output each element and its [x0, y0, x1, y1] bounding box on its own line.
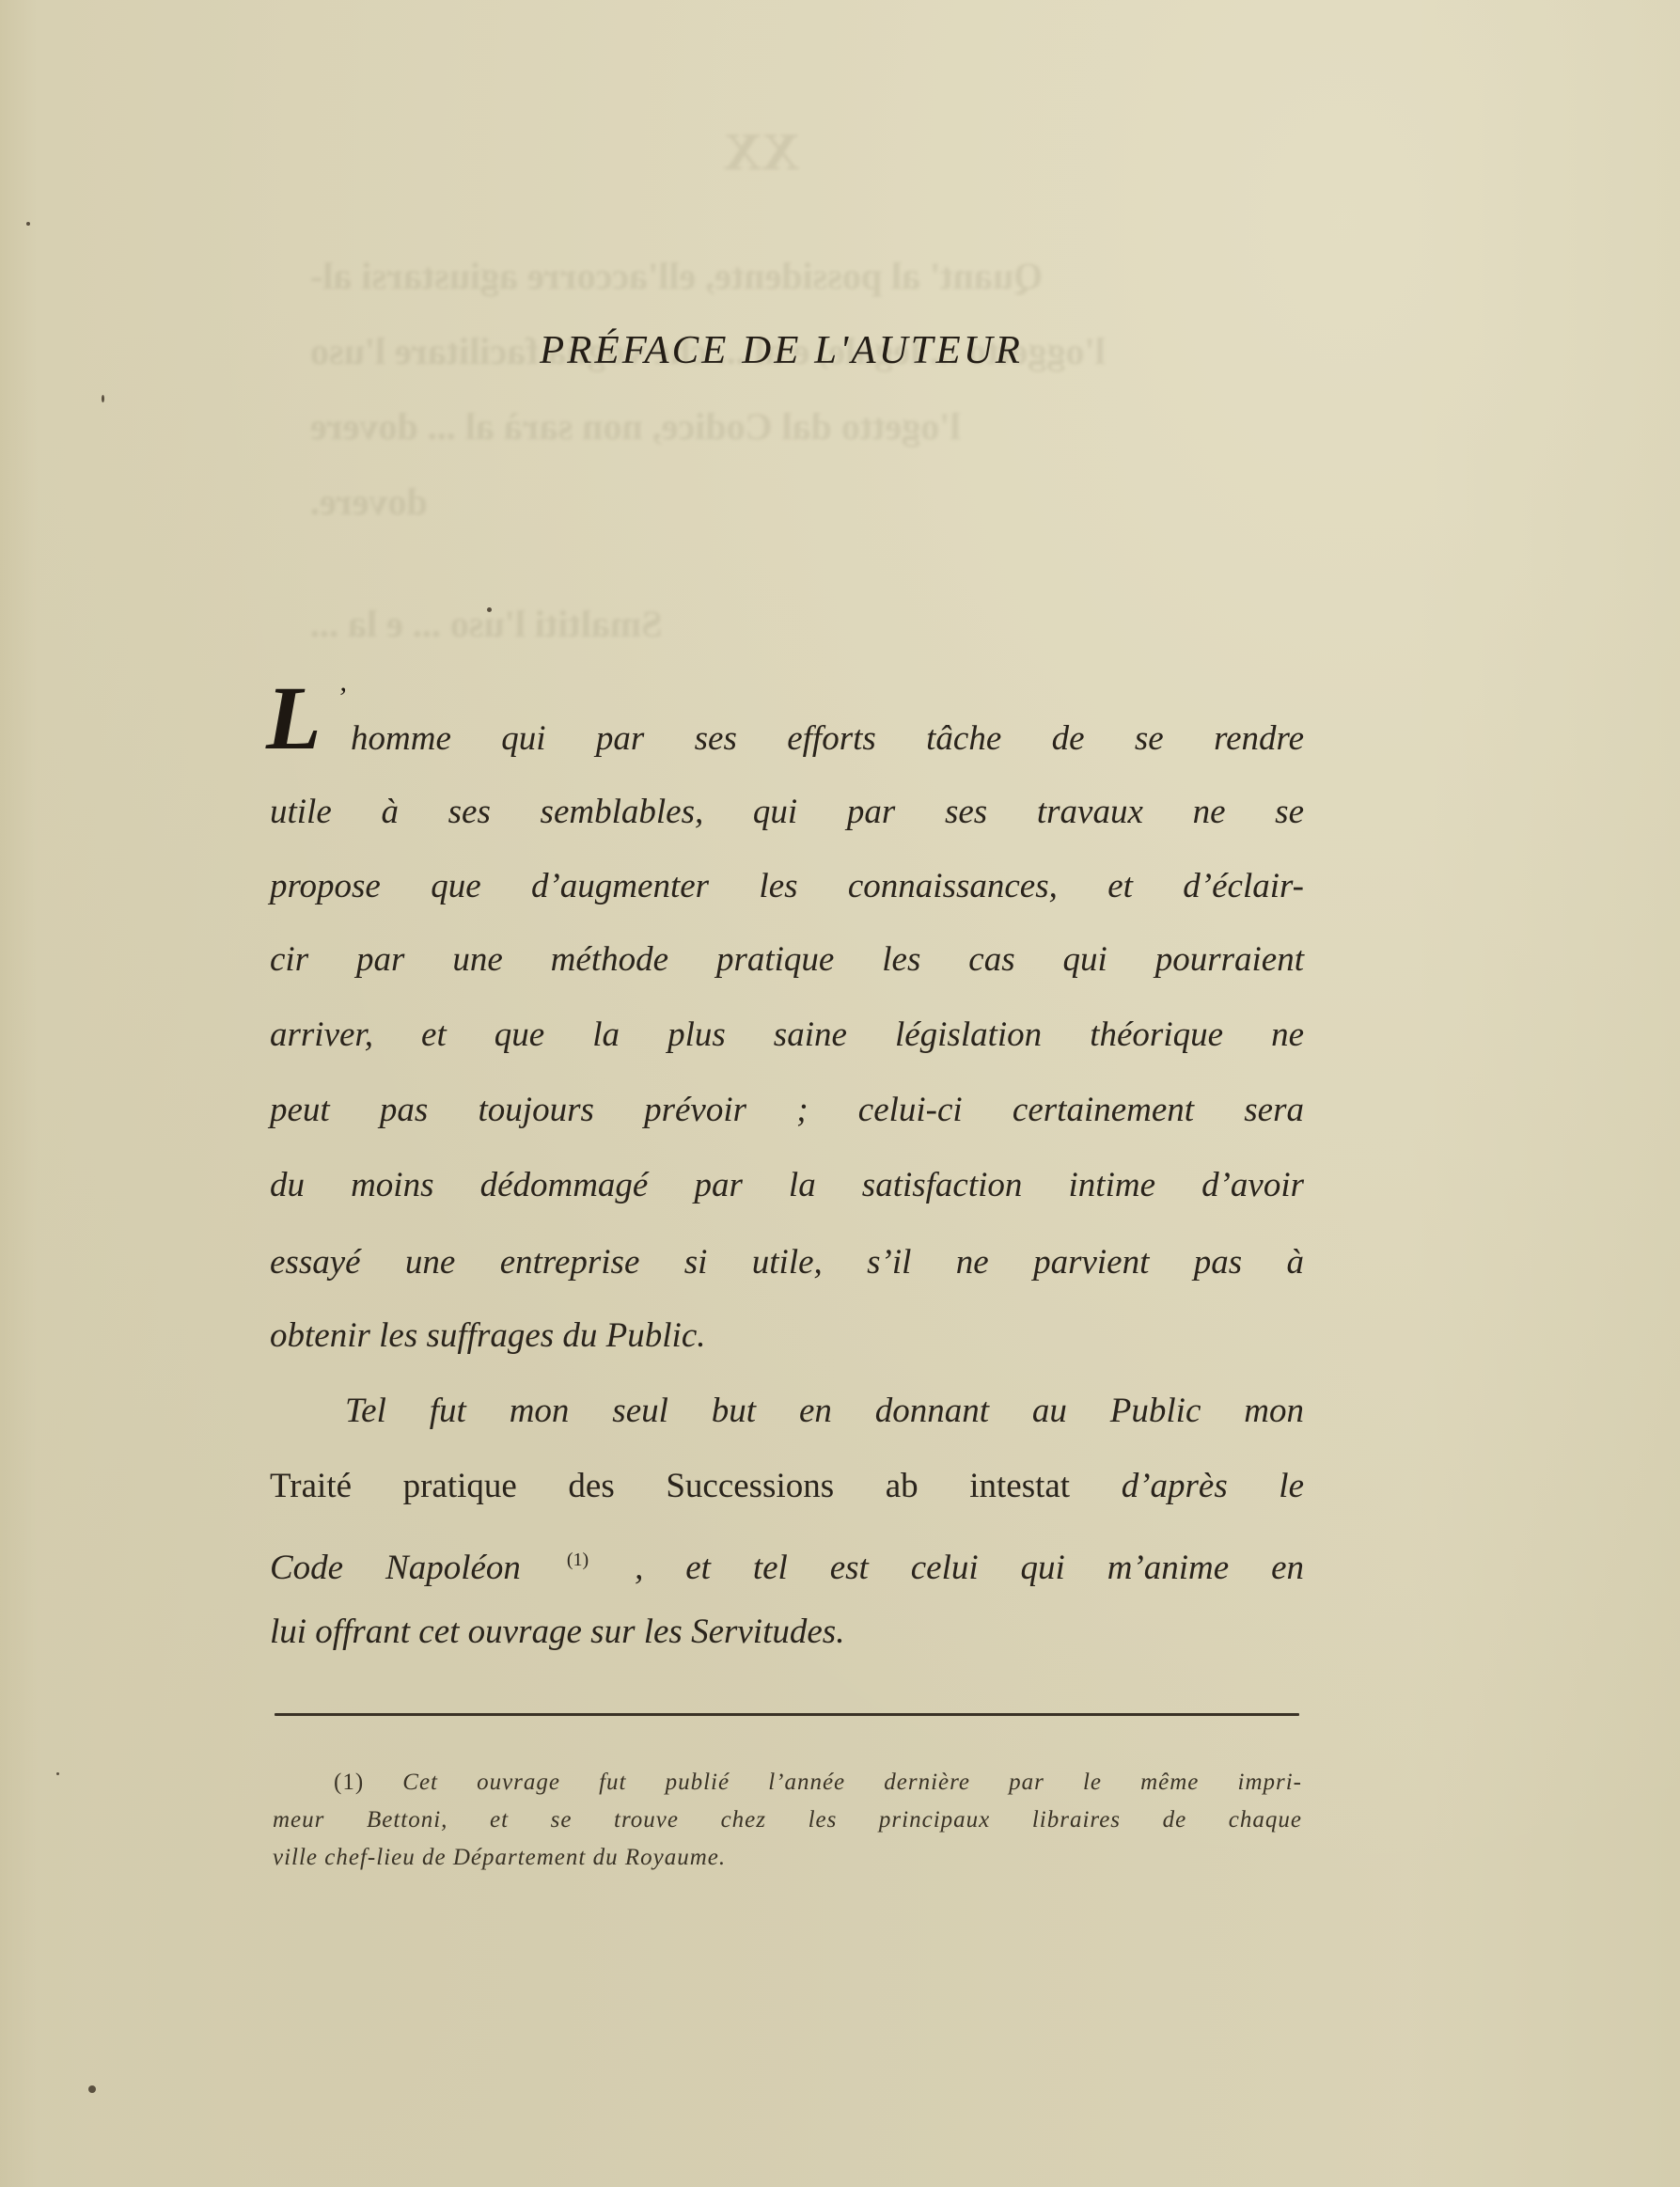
paper-speck	[56, 1772, 59, 1775]
body-line: utile à ses semblables, qui par ses trav…	[270, 789, 1304, 836]
body-text-italic: , et tel est celui qui m’anime en	[635, 1549, 1304, 1587]
paper-speck	[88, 2085, 96, 2093]
body-line: obtenir les suffrages du Public.	[270, 1313, 1304, 1360]
footnote-line: ville chef-lieu de Département du Royaum…	[273, 1841, 1302, 1875]
drop-cap: L	[266, 673, 322, 763]
paper-speck	[487, 607, 492, 612]
body-line: du moins dédommagé par la satisfaction i…	[270, 1162, 1304, 1209]
bleed-through-line: Quant' al possidente, ell'accorre agiust…	[310, 254, 1043, 298]
body-line: propose que d’augmenter les connaissance…	[270, 863, 1304, 910]
footnote-rule	[275, 1713, 1299, 1716]
paper-speck	[26, 222, 30, 226]
body-line: cir par une méthode pratique les cas qui…	[270, 936, 1304, 983]
body-line: Tel fut mon seul but en donnant au Publi…	[345, 1388, 1304, 1435]
body-line: lui offrant cet ouvrage sur les Servitud…	[270, 1609, 1304, 1656]
bleed-through-line: dovere.	[310, 480, 1156, 524]
bleed-through-line: l'ogetto dal Codice, non sarà al ... dov…	[310, 404, 960, 448]
body-line: peut pas toujours prévoir ; celui-ci cer…	[270, 1087, 1304, 1134]
body-line-mixed: Traité pratique des Successions ab intes…	[270, 1463, 1304, 1510]
footnote-line: (1) Cet ouvrage fut publié l’année derni…	[334, 1766, 1302, 1800]
body-line: arriver, et que la plus saine législatio…	[270, 1012, 1304, 1059]
footnote-marker: (1)	[334, 1770, 364, 1795]
footnote-text: Cet ouvrage fut publié l’année dernière …	[402, 1770, 1302, 1795]
book-page: XX Quant' al possidente, ell'accorre agi…	[0, 0, 1680, 2187]
body-line-mixed: Code Napoléon (1) , et tel est celui qui…	[270, 1536, 1304, 1583]
body-line: essayé une entreprise si utile, s’il ne …	[270, 1239, 1304, 1286]
footnote-reference[interactable]: (1)	[567, 1550, 589, 1570]
book-title-roman: Traité pratique des Successions ab intes…	[270, 1467, 1070, 1505]
paper-speck	[102, 395, 104, 402]
body-text-italic: Code Napoléon	[270, 1549, 521, 1587]
body-line: homme qui par ses efforts tâche de se re…	[351, 716, 1304, 763]
page-title: PRÉFACE DE L'AUTEUR	[468, 331, 1093, 370]
footnote-line: meur Bettoni, et se trouve chez les prin…	[273, 1803, 1302, 1837]
body-text-italic: d’après le	[1122, 1467, 1304, 1505]
bleed-through-running-head: XX	[724, 122, 800, 182]
drop-cap-apostrophe: ’	[337, 682, 346, 714]
